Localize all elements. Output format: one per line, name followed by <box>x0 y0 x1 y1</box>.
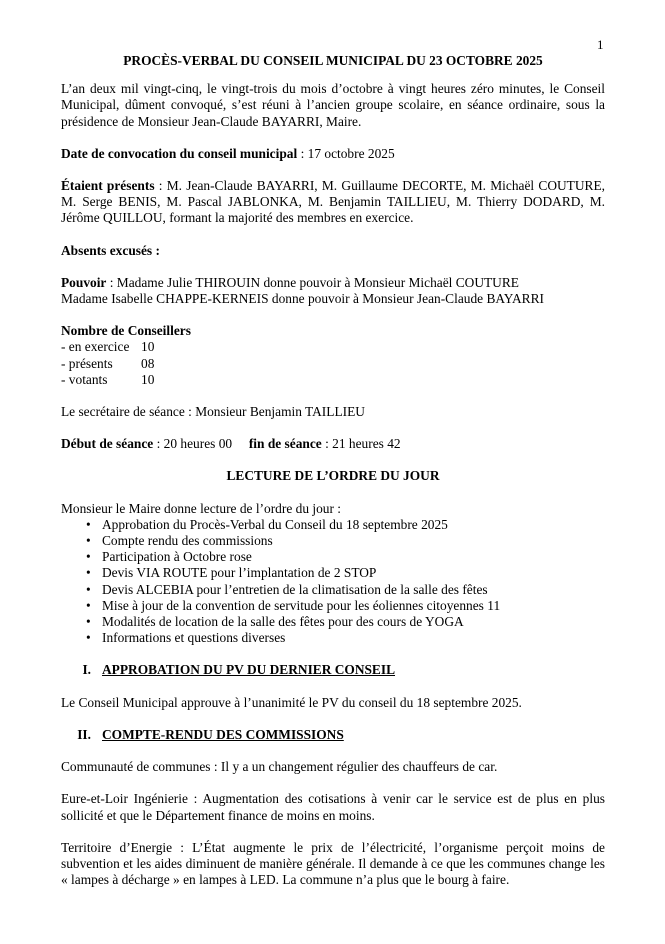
agenda-item-text: Devis ALCEBIA pour l’entretien de la cli… <box>102 582 488 597</box>
section-number: I. <box>61 662 102 678</box>
agenda-item-text: Participation à Octobre rose <box>102 549 252 564</box>
absents-label: Absents excusés : <box>61 243 605 259</box>
agenda-item-text: Modalités de location de la salle des fê… <box>102 614 464 629</box>
pouvoir-line-2: Madame Isabelle CHAPPE-KERNEIS donne pou… <box>61 291 605 307</box>
pouvoir-label: Pouvoir <box>61 275 106 290</box>
document-title: PROCÈS-VERBAL DU CONSEIL MUNICIPAL DU 23… <box>61 53 605 69</box>
bullet-icon: • <box>86 630 91 646</box>
presents-label: Étaient présents <box>61 178 155 193</box>
section-paragraph: Le Conseil Municipal approuve à l’unanim… <box>61 695 605 711</box>
bullet-icon: • <box>86 517 91 533</box>
document-page: 1 PROCÈS-VERBAL DU CONSEIL MUNICIPAL DU … <box>0 0 665 944</box>
ordre-du-jour-intro: Monsieur le Maire donne lecture de l’ord… <box>61 501 605 517</box>
presents-paragraph: Étaient présents : M. Jean-Claude BAYARR… <box>61 178 605 227</box>
agenda-item: •Participation à Octobre rose <box>61 549 605 565</box>
agenda-item-text: Informations et questions diverses <box>102 630 285 645</box>
section-heading: I.APPROBATION DU PV DU DERNIER CONSEIL <box>61 662 605 678</box>
agenda-item: •Devis VIA ROUTE pour l’implantation de … <box>61 565 605 581</box>
section-paragraph: Communauté de communes : Il y a un chang… <box>61 759 605 775</box>
sections: I.APPROBATION DU PV DU DERNIER CONSEILLe… <box>61 662 605 904</box>
agenda-list: •Approbation du Procès-Verbal du Conseil… <box>61 517 605 647</box>
intro-paragraph: L’an deux mil vingt-cinq, le vingt-trois… <box>61 81 605 130</box>
conseillers-counts: - en exercice10- présents08- votants10 <box>61 339 605 388</box>
page-number: 1 <box>597 37 604 53</box>
secretaire-line: Le secrétaire de séance : Monsieur Benja… <box>61 404 605 420</box>
bullet-icon: • <box>86 582 91 598</box>
agenda-item-text: Mise à jour de la convention de servitud… <box>102 598 500 613</box>
convocation-value: : 17 octobre 2025 <box>297 146 394 161</box>
section-paragraph: Territoire d’Energie : L’État augmente l… <box>61 840 605 889</box>
agenda-item: •Compte rendu des commissions <box>61 533 605 549</box>
section-heading: II.COMPTE-RENDU DES COMMISSIONS <box>61 727 605 743</box>
agenda-item: •Modalités de location de la salle des f… <box>61 614 605 630</box>
section-number: II. <box>61 727 102 743</box>
bullet-icon: • <box>86 614 91 630</box>
ordre-du-jour-heading: LECTURE DE L’ORDRE DU JOUR <box>61 468 605 484</box>
agenda-item-text: Devis VIA ROUTE pour l’implantation de 2… <box>102 565 376 580</box>
pouvoir-line-1: Pouvoir : Madame Julie THIROUIN donne po… <box>61 275 605 291</box>
agenda-item: •Informations et questions diverses <box>61 630 605 646</box>
seance-times: Début de séance : 20 heures 00 fin de sé… <box>61 436 605 452</box>
count-label: - en exercice <box>61 339 141 355</box>
bullet-icon: • <box>86 598 91 614</box>
conseillers-label: Nombre de Conseillers <box>61 323 605 339</box>
count-label: - votants <box>61 372 141 388</box>
convocation-label: Date de convocation du conseil municipal <box>61 146 297 161</box>
count-value: 10 <box>141 372 605 388</box>
bullet-icon: • <box>86 565 91 581</box>
agenda-item-text: Compte rendu des commissions <box>102 533 273 548</box>
document-body: PROCÈS-VERBAL DU CONSEIL MUNICIPAL DU 23… <box>61 53 605 904</box>
bullet-icon: • <box>86 549 91 565</box>
convocation-line: Date de convocation du conseil municipal… <box>61 146 605 162</box>
count-value: 10 <box>141 339 605 355</box>
agenda-item: •Approbation du Procès-Verbal du Conseil… <box>61 517 605 533</box>
agenda-item-text: Approbation du Procès-Verbal du Conseil … <box>102 517 448 532</box>
count-value: 08 <box>141 356 605 372</box>
section-title: COMPTE-RENDU DES COMMISSIONS <box>102 727 344 743</box>
section-paragraph: Eure-et-Loir Ingénierie : Augmentation d… <box>61 791 605 823</box>
section-title: APPROBATION DU PV DU DERNIER CONSEIL <box>102 662 395 678</box>
agenda-item: •Mise à jour de la convention de servitu… <box>61 598 605 614</box>
bullet-icon: • <box>86 533 91 549</box>
agenda-item: •Devis ALCEBIA pour l’entretien de la cl… <box>61 582 605 598</box>
count-label: - présents <box>61 356 141 372</box>
